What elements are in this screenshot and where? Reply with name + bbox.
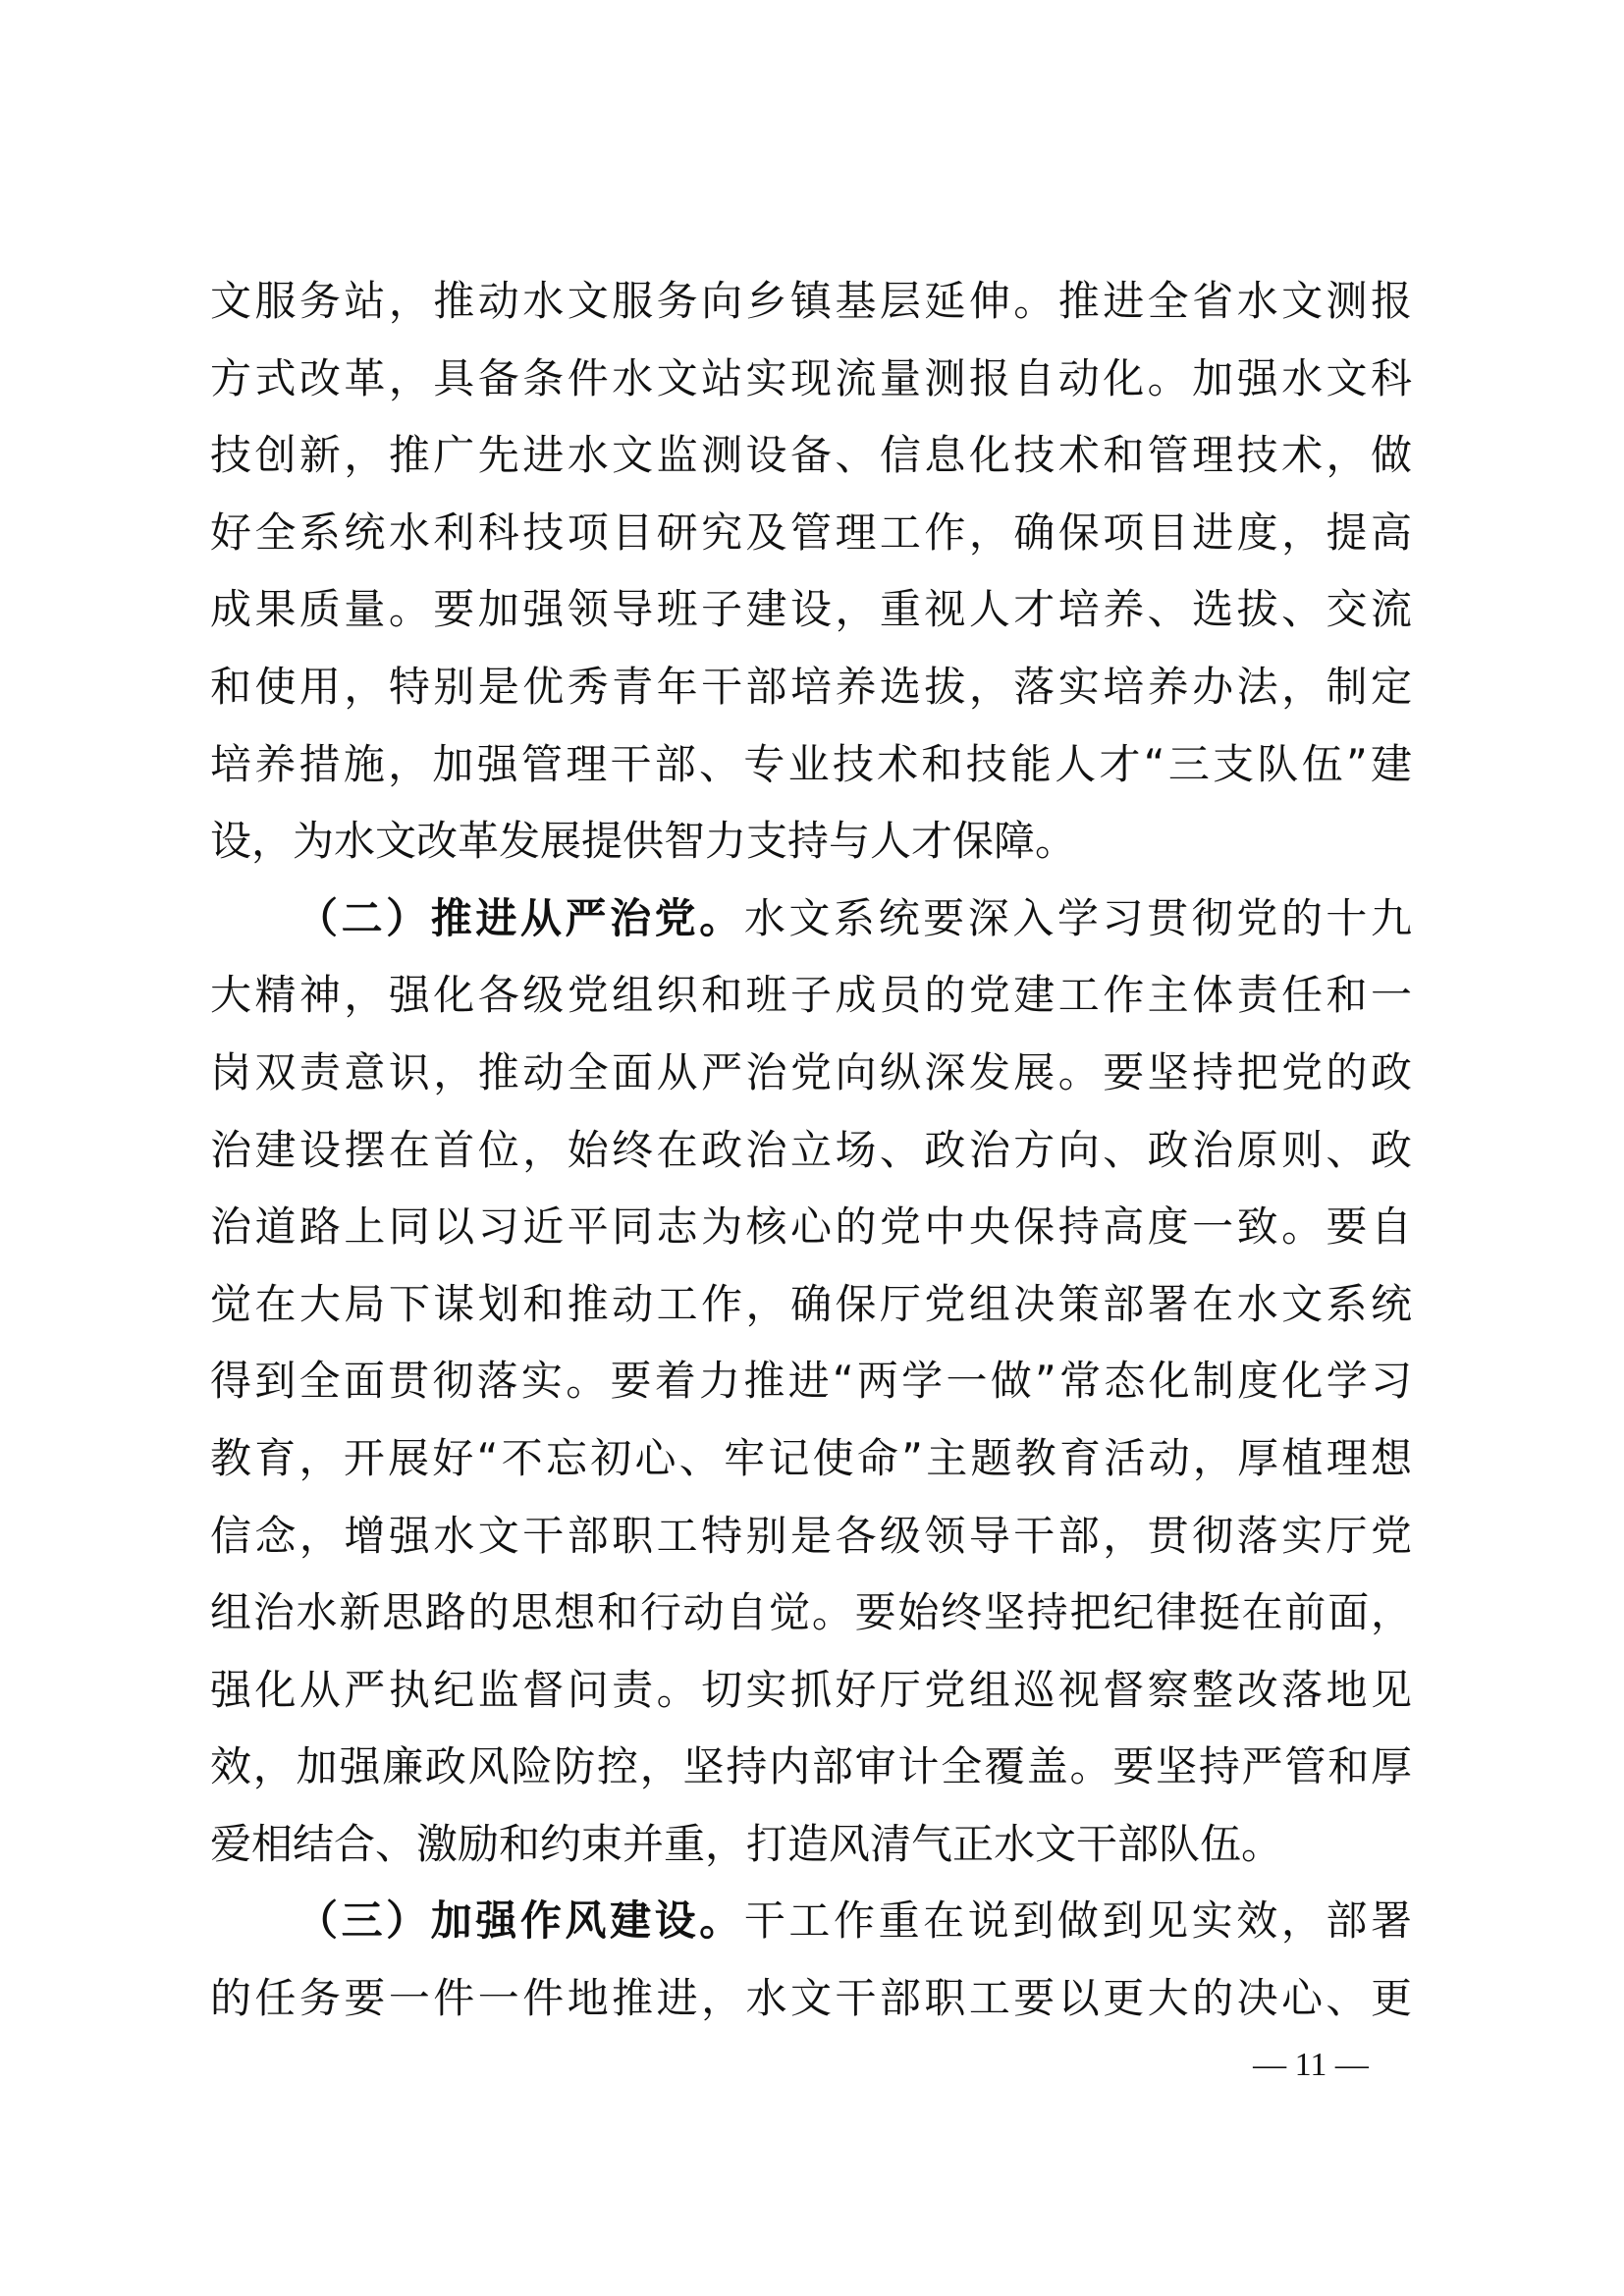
text-line: 组治水新思路的思想和行动自觉。要始终坚持把纪律挺在前面，	[210, 1575, 1412, 1652]
section-heading: （二）推进从严治党。	[297, 894, 744, 942]
text-line: 好全系统水利科技项目研究及管理工作，确保项目进度，提高	[210, 495, 1412, 572]
text-line: 培养措施，加强管理干部、专业技术和技能人才“三支队伍”建	[210, 726, 1412, 804]
text-line: 岗双责意识，推动全面从严治党向纵深发展。要坚持把党的政	[210, 1035, 1412, 1112]
section-heading: （三）加强作风建设。	[297, 1896, 744, 1945]
text-line: 文服务站，推动水文服务向乡镇基层延伸。推进全省水文测报	[210, 263, 1412, 341]
page-number: — 11 —	[1227, 2046, 1394, 2085]
text-line: 爱相结合、激励和约束并重，打造风清气正水文干部队伍。	[210, 1806, 1412, 1884]
text-line: 信念，增强水文干部职工特别是各级领导干部，贯彻落实厅党	[210, 1498, 1412, 1575]
paragraph-2: （二）推进从严治党。水文系统要深入学习贯彻党的十九 大精神，强化各级党组织和班子…	[210, 881, 1412, 1884]
paragraph-first-line: （三）加强作风建设。干工作重在说到做到见实效，部署	[210, 1883, 1412, 1960]
text-line: 治道路上同以习近平同志为核心的党中央保持高度一致。要自	[210, 1189, 1412, 1266]
text-line: 的任务要一件一件地推进，水文干部职工要以更大的决心、更	[210, 1960, 1412, 2038]
text-line: 成果质量。要加强领导班子建设，重视人才培养、选拔、交流	[210, 571, 1412, 649]
text-line: 治建设摆在首位，始终在政治立场、政治方向、政治原则、政	[210, 1112, 1412, 1190]
text-line: 得到全面贯彻落实。要着力推进“两学一做”常态化制度化学习	[210, 1343, 1412, 1420]
text-line: 强化从严执纪监督问责。切实抓好厅党组巡视督察整改落地见	[210, 1652, 1412, 1730]
text-line: 教育，开展好“不忘初心、牢记使命”主题教育活动，厚植理想	[210, 1420, 1412, 1498]
document-body: 文服务站，推动水文服务向乡镇基层延伸。推进全省水文测报 方式改革，具备条件水文站…	[210, 263, 1412, 2038]
text-line: 觉在大局下谋划和推动工作，确保厅党组决策部署在水文系统	[210, 1266, 1412, 1344]
text-line: 设，为水文改革发展提供智力支持与人才保障。	[210, 803, 1412, 881]
paragraph-first-line: （二）推进从严治党。水文系统要深入学习贯彻党的十九	[210, 881, 1412, 958]
text-run: 干工作重在说到做到见实效，部署	[744, 1896, 1412, 1945]
text-line: 方式改革，具备条件水文站实现流量测报自动化。加强水文科	[210, 341, 1412, 418]
text-line: 和使用，特别是优秀青年干部培养选拔，落实培养办法，制定	[210, 649, 1412, 726]
paragraph-1: 文服务站，推动水文服务向乡镇基层延伸。推进全省水文测报 方式改革，具备条件水文站…	[210, 263, 1412, 881]
text-run: 水文系统要深入学习贯彻党的十九	[744, 894, 1412, 942]
document-page: 文服务站，推动水文服务向乡镇基层延伸。推进全省水文测报 方式改革，具备条件水文站…	[0, 0, 1624, 2296]
text-line: 技创新，推广先进水文监测设备、信息化技术和管理技术，做	[210, 417, 1412, 495]
text-line: 大精神，强化各级党组织和班子成员的党建工作主体责任和一	[210, 957, 1412, 1035]
paragraph-3: （三）加强作风建设。干工作重在说到做到见实效，部署 的任务要一件一件地推进，水文…	[210, 1883, 1412, 2037]
text-line: 效，加强廉政风险防控，坚持内部审计全覆盖。要坚持严管和厚	[210, 1729, 1412, 1806]
